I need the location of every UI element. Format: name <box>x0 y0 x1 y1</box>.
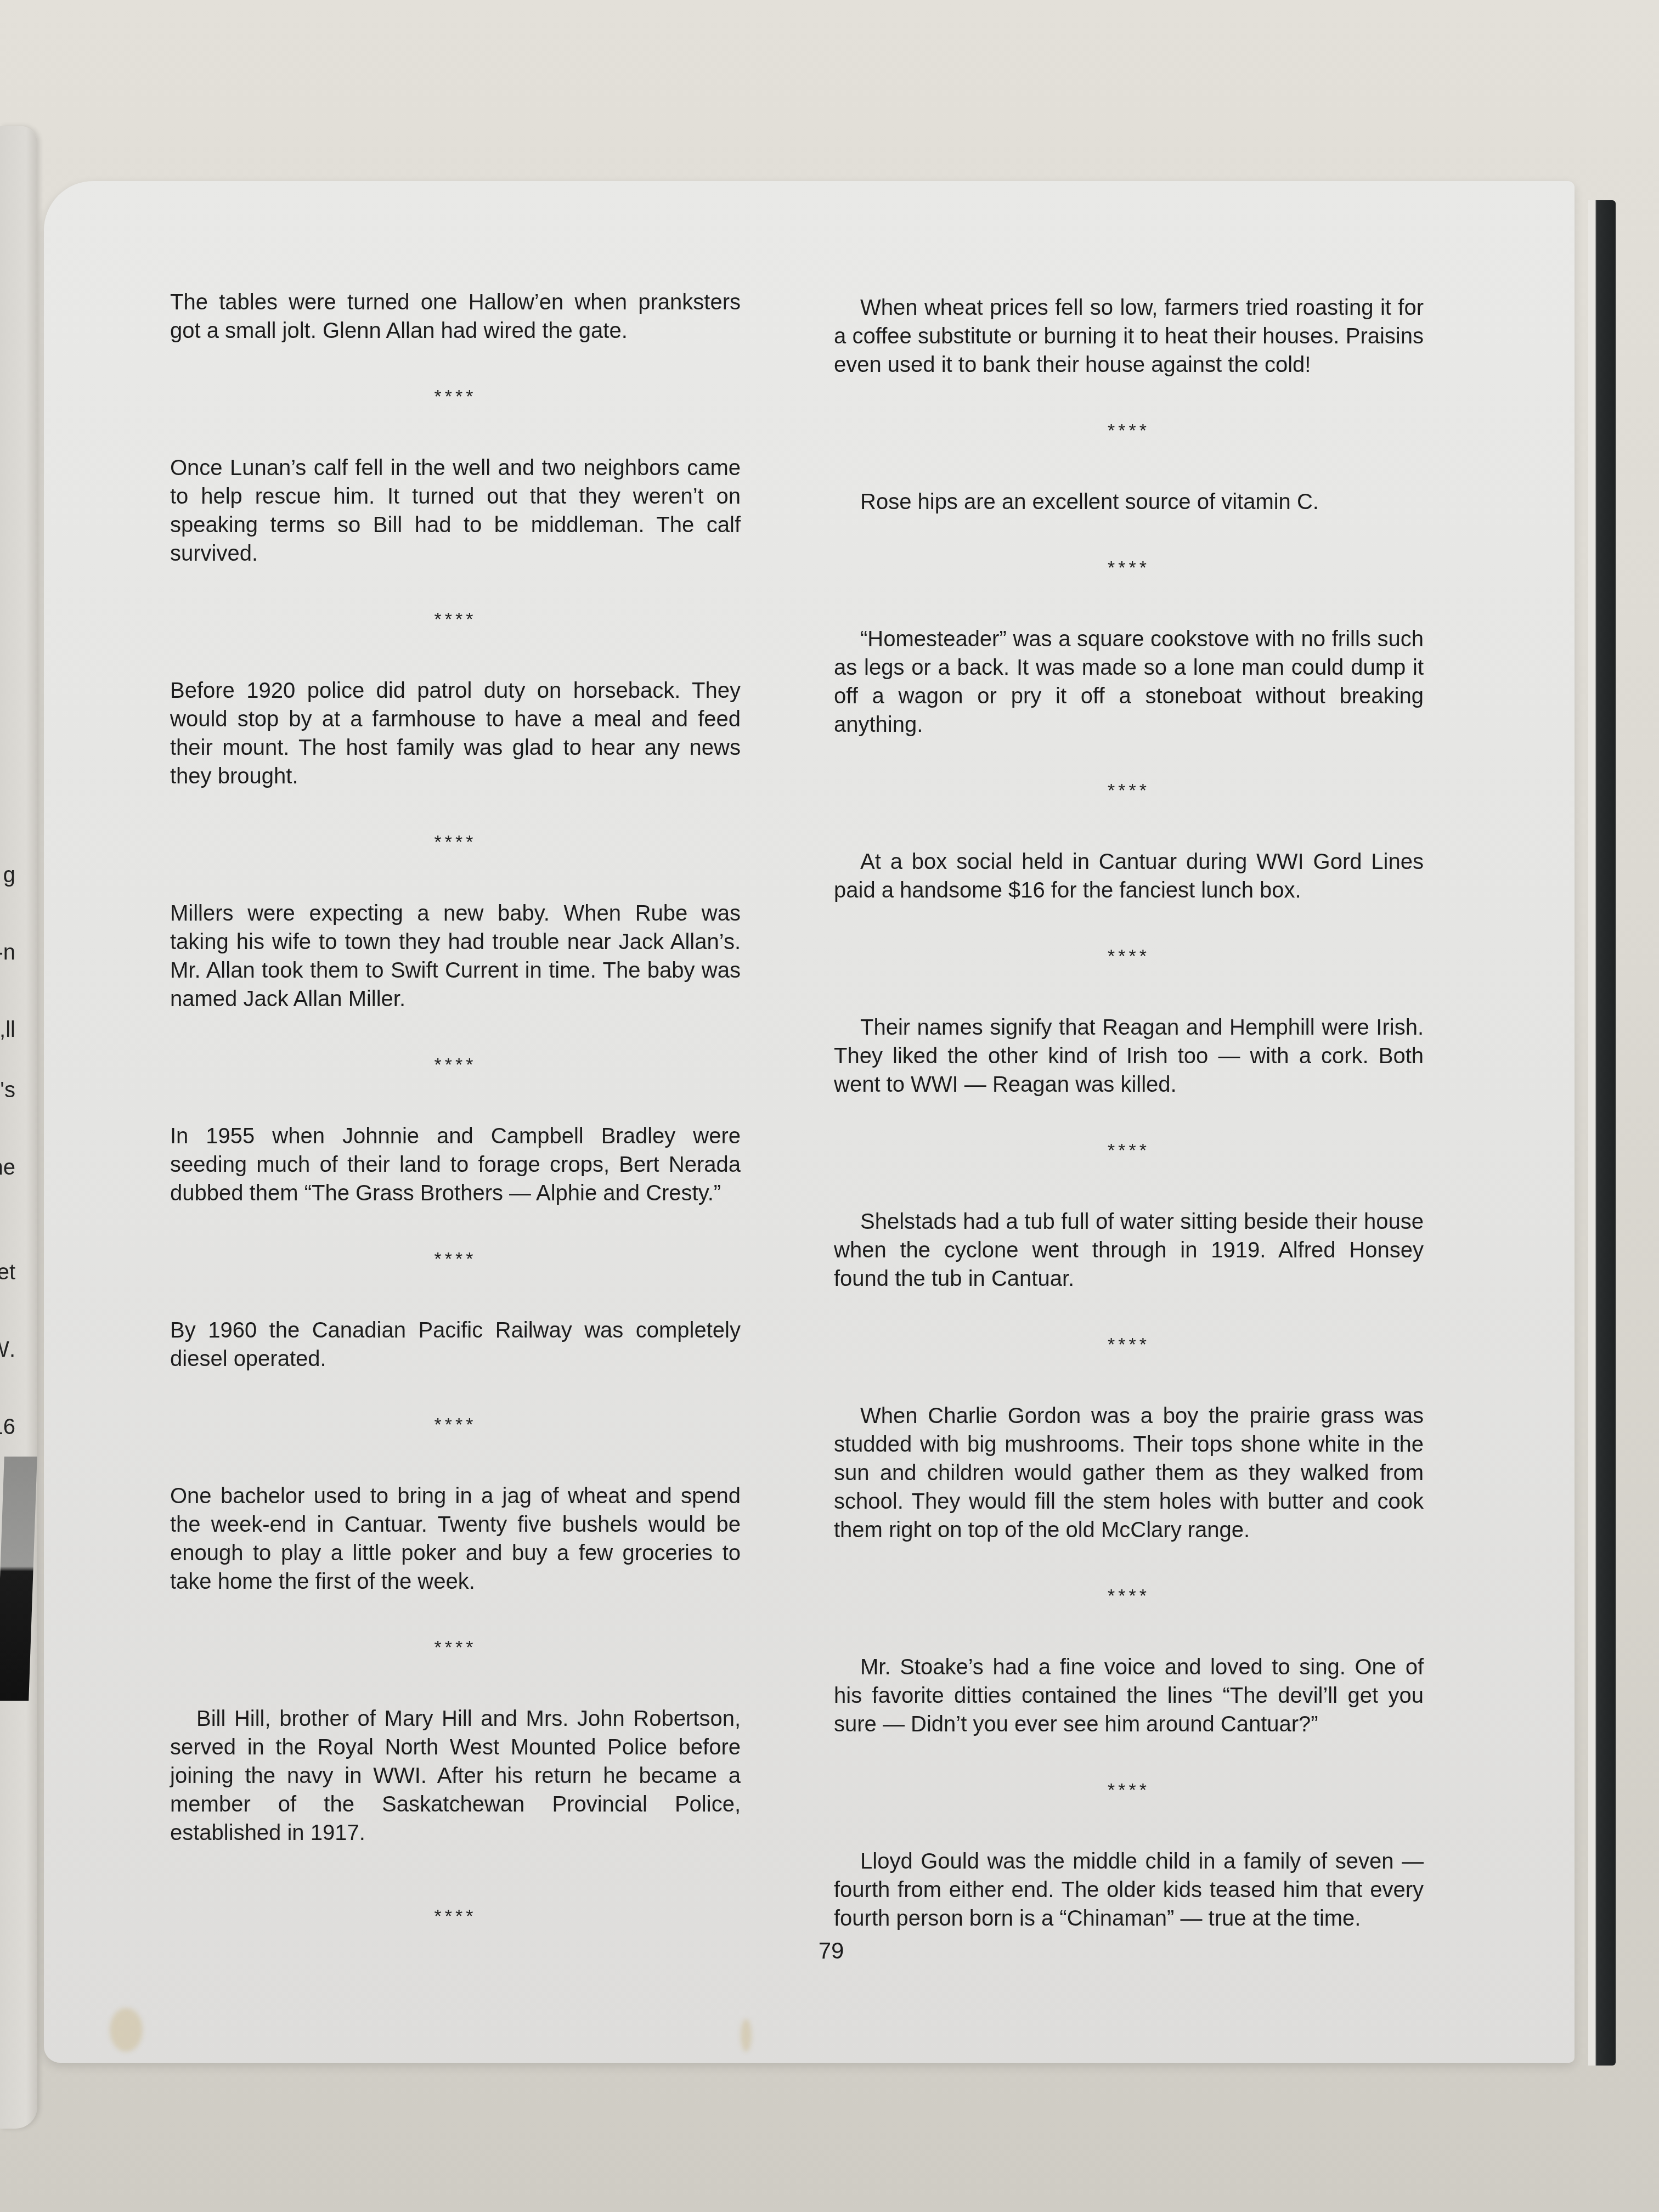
book-cover-edge <box>1588 200 1616 2066</box>
adjacent-page-text-fragment: aret .W. 16- <box>0 1208 15 1492</box>
anecdote-paragraph: Rose hips are an excellent source of vit… <box>834 488 1424 516</box>
fragment-line: aret <box>0 1260 15 1285</box>
adjacent-left-page: g n- ll, g's he aret .W. 16- <box>0 126 37 2129</box>
adjacent-page-photo <box>0 1457 37 1701</box>
anecdote-paragraph: Bill Hill, brother of Mary Hill and Mrs.… <box>170 1705 741 1847</box>
section-separator: **** <box>834 942 1424 970</box>
anecdote-paragraph: In 1955 when Johnnie and Campbell Bradle… <box>170 1122 741 1207</box>
left-column: The tables were turned one Hallow’en whe… <box>170 288 741 1973</box>
section-separator: **** <box>170 1245 741 1273</box>
anecdote-paragraph: Their names signify that Reagan and Hemp… <box>834 1013 1424 1099</box>
adjacent-page-text-fragment: g's he <box>0 1026 15 1232</box>
fragment-line: he <box>0 1155 15 1181</box>
fragment-line: g's <box>0 1077 15 1103</box>
section-separator: **** <box>170 382 741 411</box>
section-separator: **** <box>834 416 1424 445</box>
section-separator: **** <box>170 1051 741 1079</box>
anecdote-paragraph: The tables were turned one Hallow’en whe… <box>170 288 741 345</box>
page-stain <box>110 2008 143 2052</box>
section-separator: **** <box>834 554 1424 582</box>
book-page: The tables were turned one Hallow’en whe… <box>44 181 1575 2063</box>
section-separator: **** <box>170 1902 741 1931</box>
section-separator: **** <box>834 776 1424 805</box>
anecdote-paragraph: Before 1920 police did patrol duty on ho… <box>170 676 741 791</box>
section-separator: **** <box>834 1136 1424 1165</box>
fragment-line: n- <box>0 940 15 966</box>
fragment-line: g <box>0 862 15 888</box>
anecdote-paragraph: One bachelor used to bring in a jag of w… <box>170 1482 741 1596</box>
right-column: When wheat prices fell so low, farmers t… <box>834 294 1424 1933</box>
anecdote-paragraph: Millers were expecting a new baby. When … <box>170 899 741 1013</box>
section-separator: **** <box>834 1330 1424 1359</box>
anecdote-paragraph: Mr. Stoake’s had a fine voice and loved … <box>834 1653 1424 1739</box>
section-separator: **** <box>170 1633 741 1662</box>
fragment-line: .W. <box>0 1337 15 1363</box>
anecdote-paragraph: Once Lunan’s calf fell in the well and t… <box>170 454 741 568</box>
anecdote-paragraph: Shelstads had a tub full of water sittin… <box>834 1207 1424 1293</box>
anecdote-paragraph: When Charlie Gordon was a boy the prairi… <box>834 1402 1424 1544</box>
section-separator: **** <box>170 1410 741 1439</box>
fragment-line: 16- <box>0 1414 15 1440</box>
anecdote-paragraph: By 1960 the Canadian Pacific Railway was… <box>170 1316 741 1373</box>
page-stain <box>741 2019 752 2052</box>
anecdote-paragraph: When wheat prices fell so low, farmers t… <box>834 294 1424 379</box>
page-number: 79 <box>44 1938 1575 1964</box>
section-separator: **** <box>170 828 741 856</box>
section-separator: **** <box>170 605 741 634</box>
anecdote-paragraph: “Homesteader” was a square cookstove wit… <box>834 625 1424 739</box>
anecdote-paragraph: Lloyd Gould was the middle child in a fa… <box>834 1847 1424 1933</box>
section-separator: **** <box>834 1776 1424 1804</box>
anecdote-paragraph: At a box social held in Cantuar during W… <box>834 848 1424 905</box>
section-separator: **** <box>834 1582 1424 1610</box>
